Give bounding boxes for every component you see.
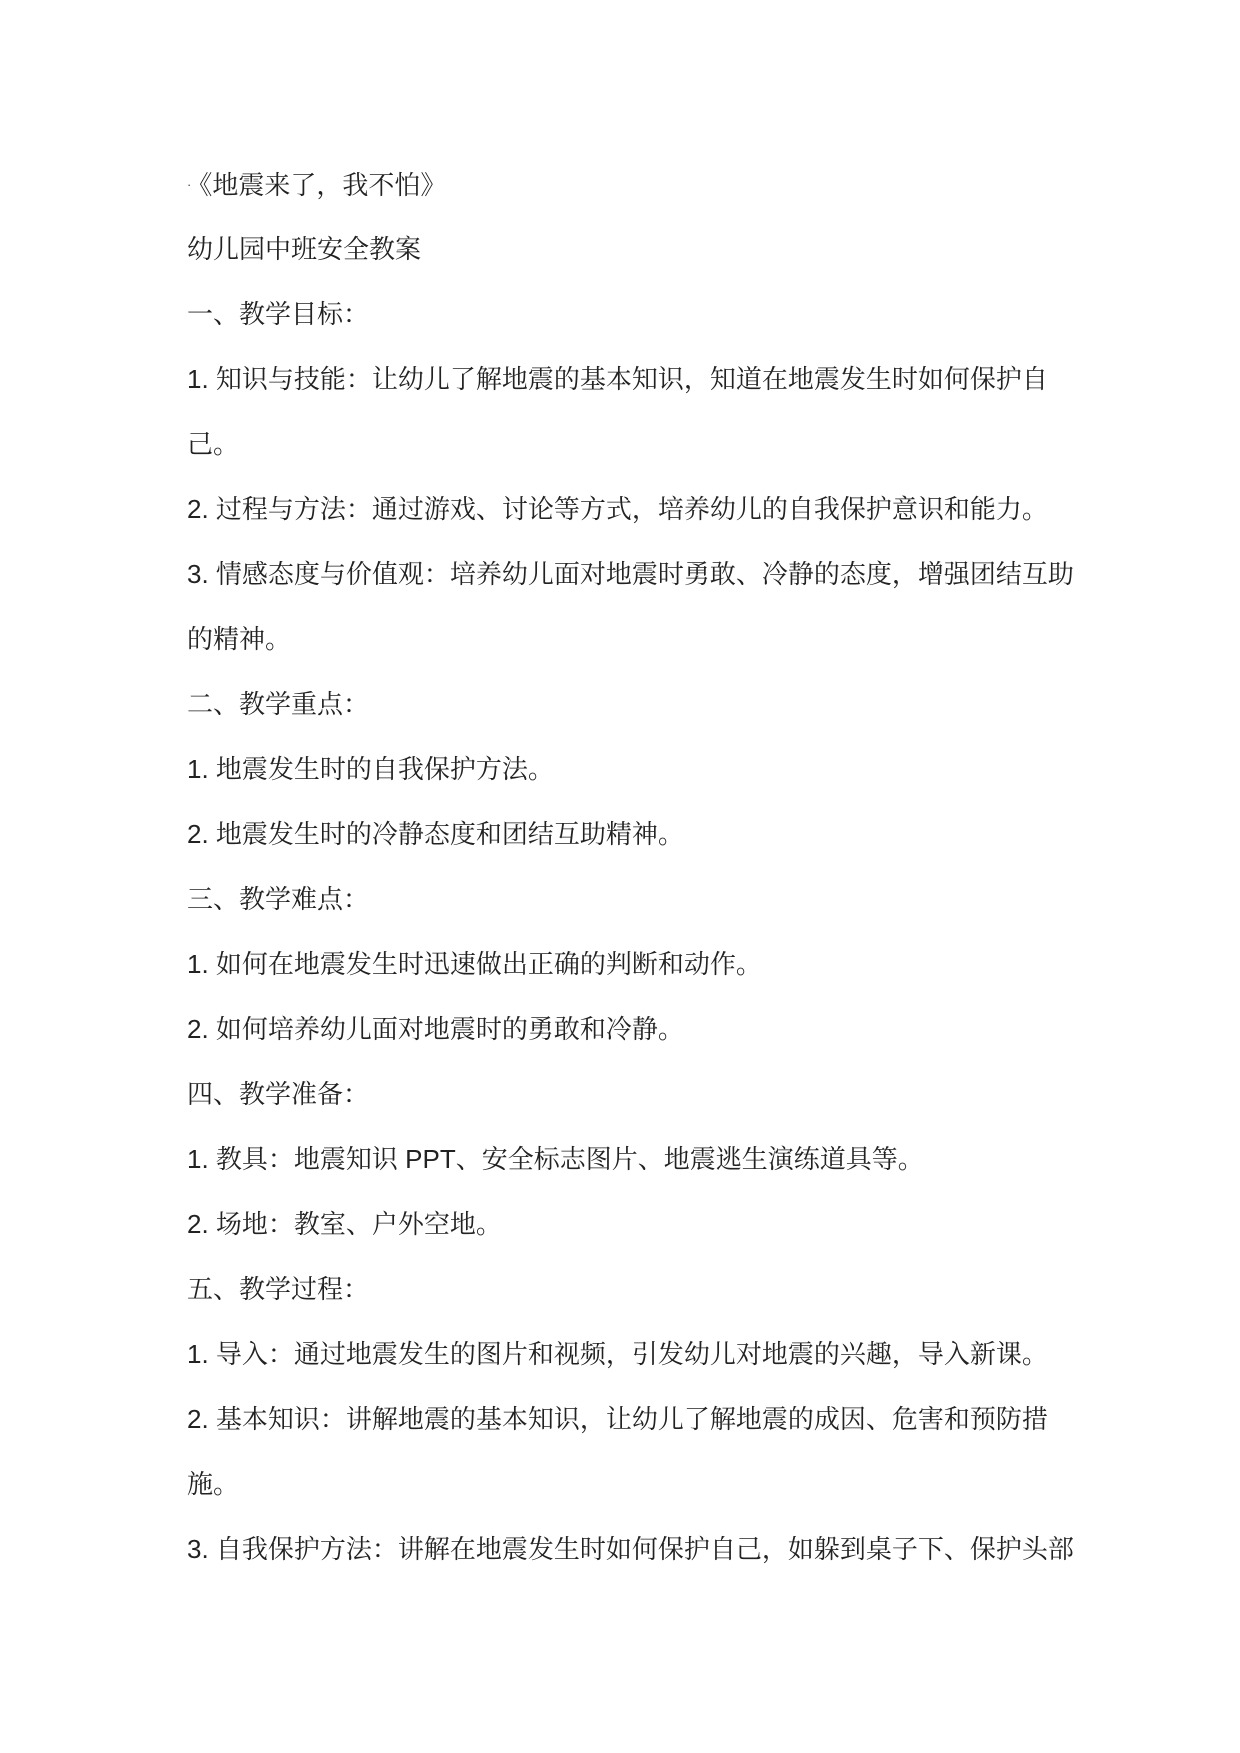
section-heading-preparation: 四、教学准备： — [187, 1062, 1240, 1127]
list-item: 1. 如何在地震发生时迅速做出正确的判断和动作。 — [187, 932, 1240, 997]
doc-subtitle: 幼儿园中班安全教案 — [187, 217, 1240, 282]
title-bullet-dot: · — [187, 177, 191, 192]
section-heading-objectives: 一、教学目标： — [187, 282, 1240, 347]
text-line-continuation: 己。 — [187, 412, 1240, 477]
list-item: 2. 如何培养幼儿面对地震时的勇敢和冷静。 — [187, 997, 1240, 1062]
doc-title-text: 《地震来了，我不怕》 — [199, 170, 446, 200]
doc-title: ·《地震来了，我不怕》 — [187, 152, 1240, 217]
list-item: 1. 地震发生时的自我保护方法。 — [187, 737, 1240, 802]
section-heading-process: 五、教学过程： — [187, 1257, 1240, 1322]
list-item: 3. 情感态度与价值观：培养幼儿面对地震时勇敢、冷静的态度，增强团结互助 — [187, 542, 1240, 607]
list-item: 1. 教具：地震知识 PPT、安全标志图片、地震逃生演练道具等。 — [187, 1127, 1240, 1192]
list-item: 2. 过程与方法：通过游戏、讨论等方式，培养幼儿的自我保护意识和能力。 — [187, 477, 1240, 542]
list-item: 2. 场地：教室、户外空地。 — [187, 1192, 1240, 1257]
text-line-continuation: 的精神。 — [187, 607, 1240, 672]
list-item: 2. 地震发生时的冷静态度和团结互助精神。 — [187, 802, 1240, 867]
document-page: ·《地震来了，我不怕》 幼儿园中班安全教案 一、教学目标： 1. 知识与技能：让… — [187, 152, 1240, 1582]
text-line-continuation: 施。 — [187, 1452, 1240, 1517]
list-item: 1. 知识与技能：让幼儿了解地震的基本知识，知道在地震发生时如何保护自 — [187, 347, 1240, 412]
list-item: 2. 基本知识：讲解地震的基本知识，让幼儿了解地震的成因、危害和预防措 — [187, 1387, 1240, 1452]
section-heading-key-points: 二、教学重点： — [187, 672, 1240, 737]
list-item: 3. 自我保护方法：讲解在地震发生时如何保护自己，如躲到桌子下、保护头部 — [187, 1517, 1240, 1582]
section-heading-difficulties: 三、教学难点： — [187, 867, 1240, 932]
list-item: 1. 导入：通过地震发生的图片和视频，引发幼儿对地震的兴趣，导入新课。 — [187, 1322, 1240, 1387]
